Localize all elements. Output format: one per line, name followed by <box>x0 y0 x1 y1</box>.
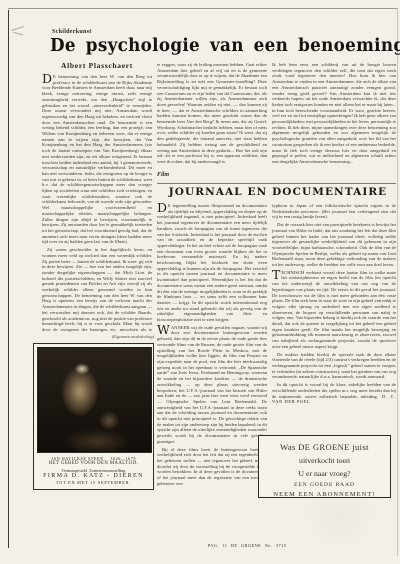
article-paragraph: Zij waren geschoolder in het dagelijksch… <box>42 247 152 332</box>
caption-artist-row: JAN HAVICKSZ STEEN 1626—1679 <box>37 456 150 461</box>
film-section-title: JOURNAAL EN DOCUMENTAIRE <box>160 186 396 198</box>
scanned-magazine-page: { "header": { "section_label": "Schilder… <box>0 0 400 564</box>
film-paragraph: De makers hadden hierbij de speciale taa… <box>272 352 396 381</box>
film-paragraph: TECHNISCH verbaast vooral deze laatste f… <box>272 270 396 350</box>
artwork-caption: JAN HAVICKSZ STEEN 1626—1679 HET GEBED V… <box>37 456 150 486</box>
caption-artwork-title: HET GEBED VOOR DEN MAALTIJD. <box>37 461 150 467</box>
photo-credit-note: (Eigenaren mededeeling) <box>33 334 154 339</box>
film-column-left: DE tegenstelling tussen filmjournaal en … <box>157 203 267 543</box>
caption-dates: TOT EN MET 15 SEPTEMBER. <box>37 480 150 485</box>
article-paragraph: te zeggen, waar zij de leiding moesten h… <box>157 62 267 165</box>
pencil-mark <box>11 26 24 31</box>
ad-line-3: U er naar vroeg? <box>259 469 390 478</box>
caption-artist-years: 1626—1679 <box>111 456 136 461</box>
pencil-mark <box>13 32 23 35</box>
article-column-2: te zeggen, waar zij de leiding moesten h… <box>157 62 267 170</box>
dropcap-w: W <box>157 325 171 335</box>
page-title: De psychologie van een benoeming <box>50 36 367 56</box>
film-kicker: Film <box>157 172 169 178</box>
subscription-ad: Was DE GROENE juist uitverkocht toen U e… <box>258 435 391 498</box>
dropcap-d: D <box>42 74 53 84</box>
artwork-frame: JAN HAVICKSZ STEEN 1626—1679 HET GEBED V… <box>33 343 154 490</box>
film-paragraph: DE tegenstelling tussen filmjournaal en … <box>157 203 267 323</box>
dropcap-d: D <box>157 203 168 213</box>
dropcap-t: T <box>272 270 281 280</box>
film-column-right: typhoon in Japan of een folkloristische … <box>272 203 396 431</box>
article-column-3: Ik heb hem eens een schilderij van uit d… <box>272 62 396 168</box>
section-label: Schilderkunst <box>52 29 92 35</box>
article-paragraph: Ik heb hem eens een schilderij van uit d… <box>272 62 396 165</box>
scan-edge-top <box>8 8 397 9</box>
section-divider-rule <box>157 183 396 184</box>
ad-line-5: NEEM EEN ABONNEMENT! <box>259 491 390 498</box>
ad-line-2: uitverkocht toen <box>259 456 390 465</box>
scan-edge-right <box>397 8 398 556</box>
caption-gallery: FIRMA D. KATZ - DIEREN <box>37 473 150 480</box>
article-paragraph: DE benoeming van den heer W. van den Ber… <box>42 74 152 245</box>
painting-jan-steen <box>37 347 152 453</box>
film-paragraph: Bij al deze films boeit de buitengewoon … <box>157 447 267 487</box>
author-byline: Albert Plasschaert <box>42 61 152 70</box>
page-footer: PAG. 11 DE GROENE No. 3715 <box>182 543 312 548</box>
ad-line-1: Was DE GROENE juist <box>259 442 390 452</box>
film-paragraph: WANNEER wij de oude gevallen nagaan, waa… <box>157 325 267 445</box>
film-paragraph: typhoon in Japan of een folkloristische … <box>272 203 396 220</box>
ad-line-4: EEN GOEDE RAAD <box>259 482 390 488</box>
scan-edge-left <box>8 10 9 548</box>
film-paragraph: Dat de oorzaak hier niet van principieel… <box>272 222 396 268</box>
film-paragraph: In dit opzicht is vooral bij de klare, z… <box>272 382 396 405</box>
article-column-1: DE benoeming van den heer W. van den Ber… <box>42 74 152 332</box>
caption-artist-name: JAN HAVICKSZ STEEN <box>51 456 103 461</box>
